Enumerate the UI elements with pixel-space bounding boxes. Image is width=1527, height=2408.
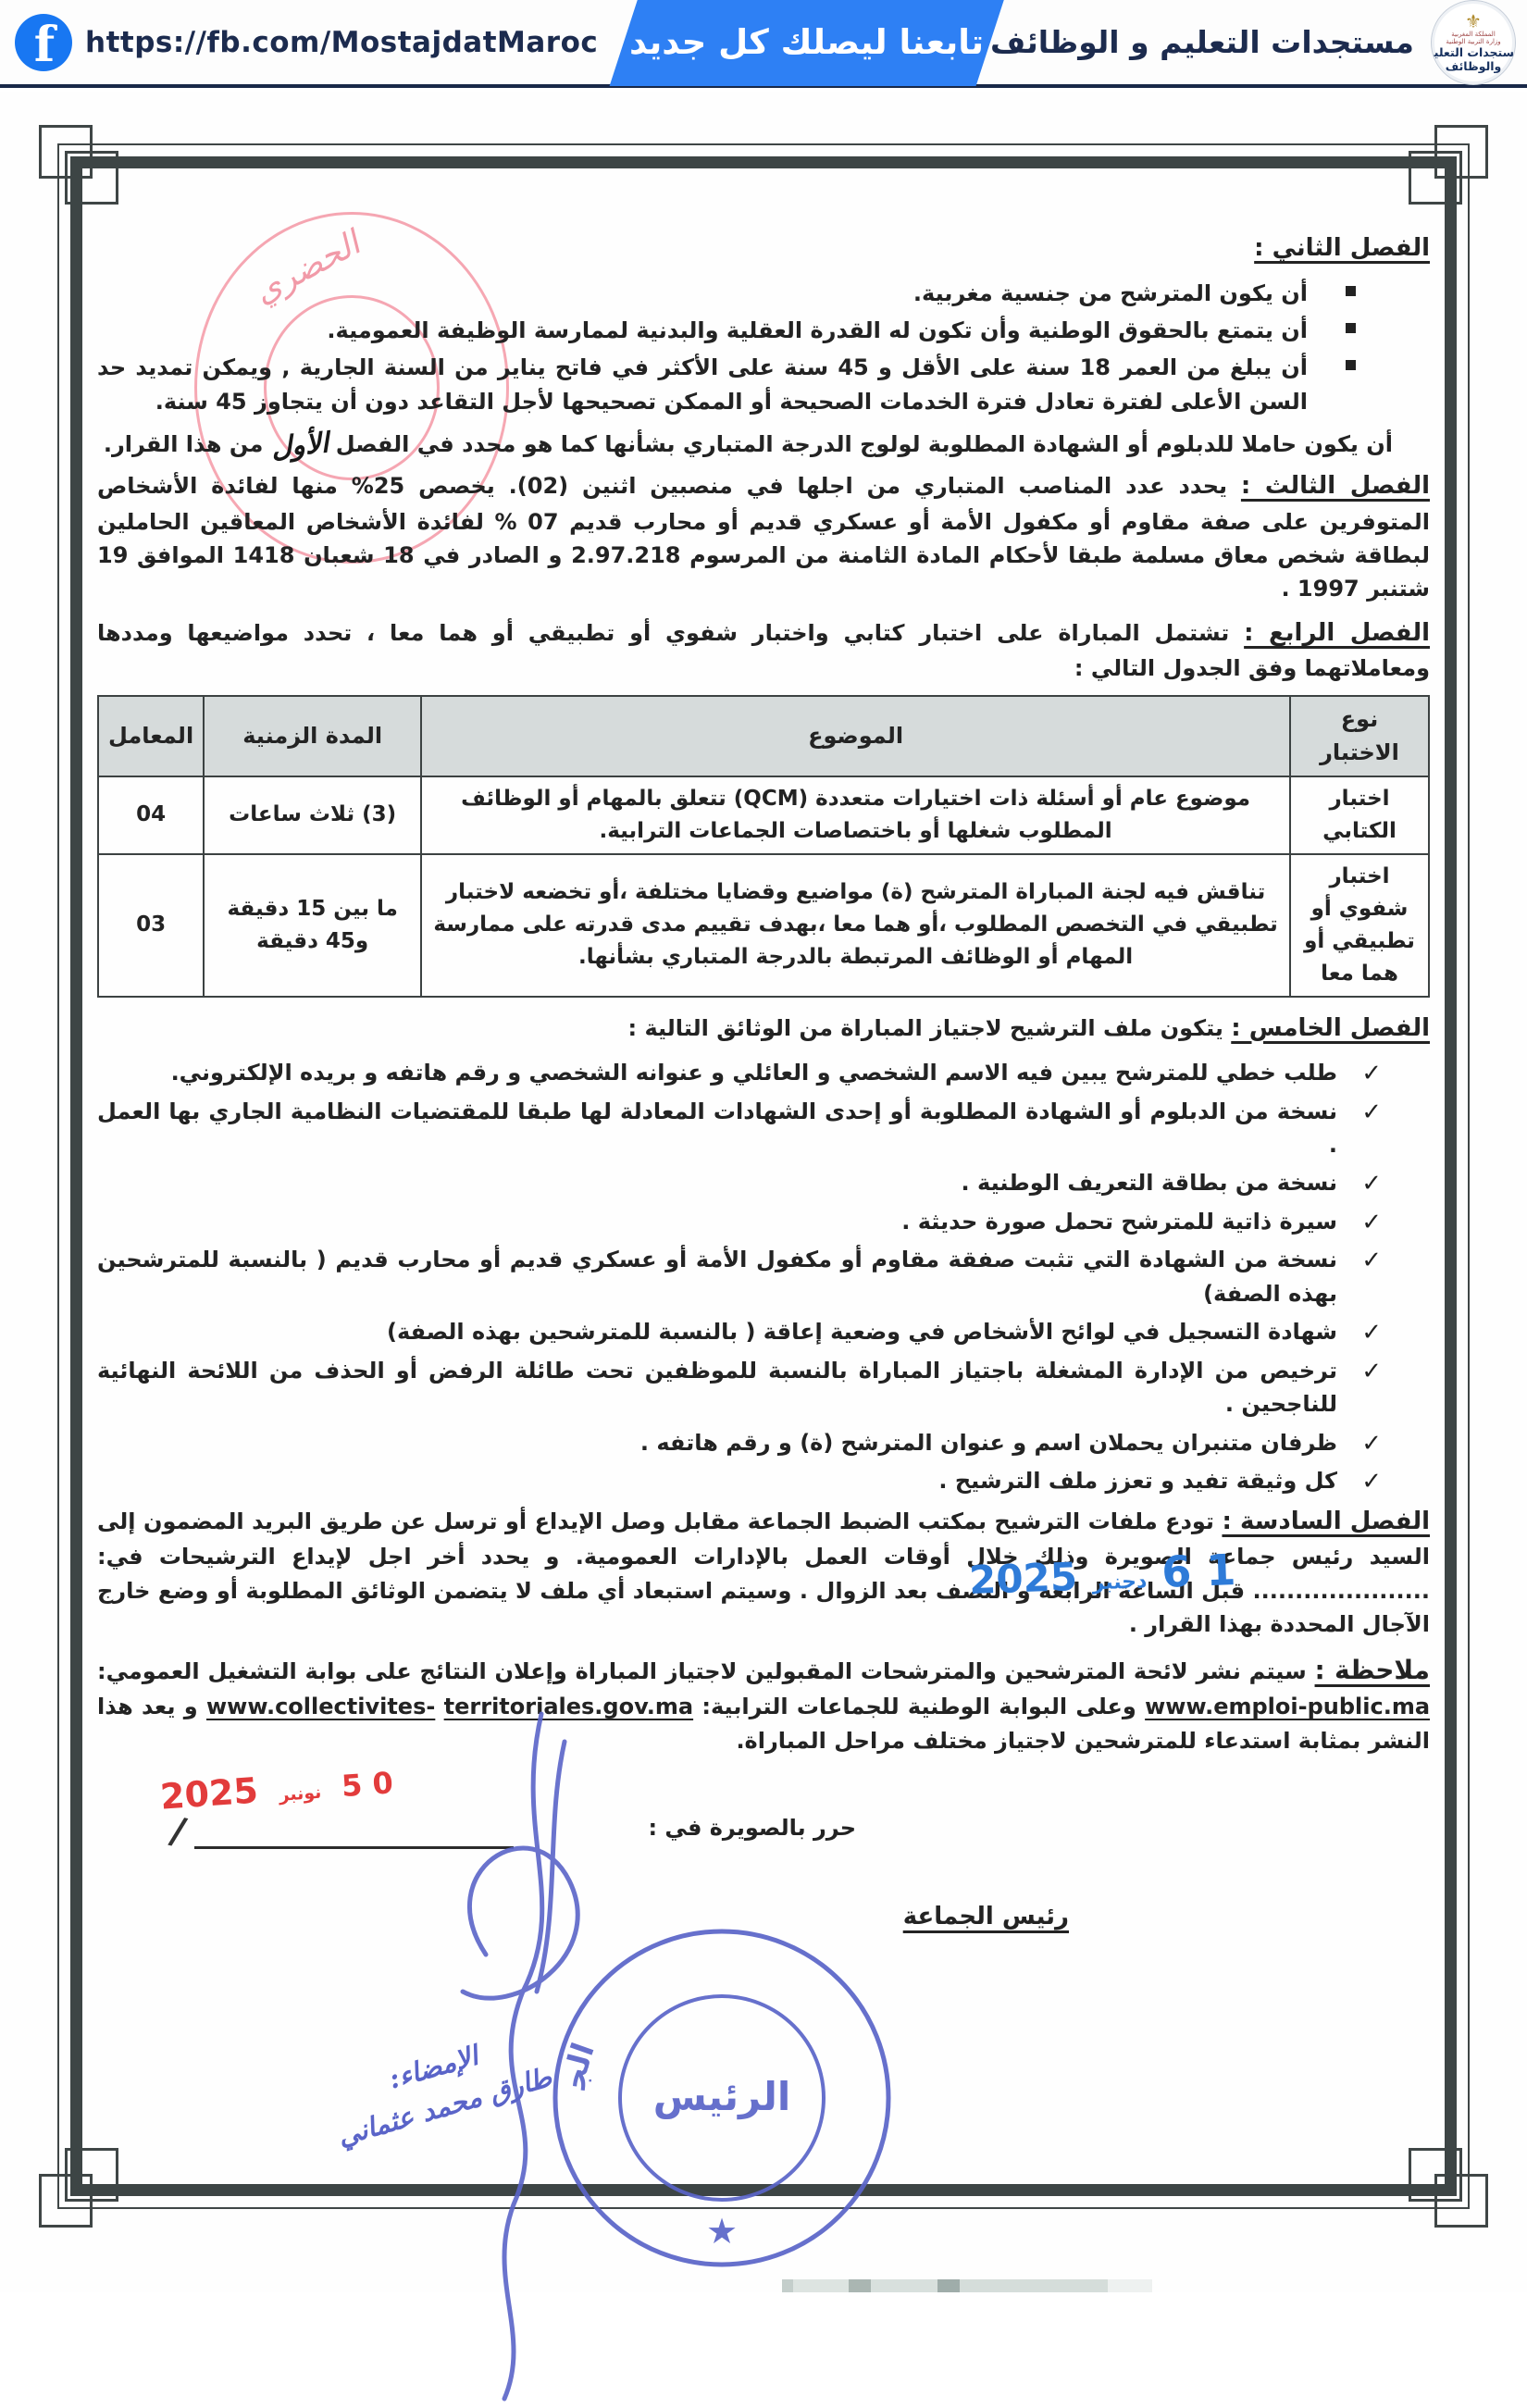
crest-icon: ⚜ xyxy=(1465,12,1482,31)
checklist-item: ✓طلب خطي للمترشح يبين فيه الاسم الشخصي و… xyxy=(97,1056,1402,1089)
checklist-item-text: نسخة من الدبلوم أو الشهادة المطلوبة أو إ… xyxy=(97,1098,1337,1158)
president-title: رئيس الجماعة xyxy=(903,1903,1069,1930)
note-paragraph: ملاحظة : سيتم نشر لائحة المترشحين والمتر… xyxy=(97,1651,1430,1757)
cell-exam-type: اختبار الكتابي xyxy=(1290,776,1429,854)
deadline-day: 1 6 xyxy=(1161,1545,1236,1597)
checklist-item-text: طلب خطي للمترشح يبين فيه الاسم الشخصي و … xyxy=(171,1060,1337,1086)
scanned-document: الحضري الفصل الثاني : أن يكون المترشح من… xyxy=(0,92,1527,2292)
col-header-coefficient: المعامل xyxy=(98,696,204,776)
handwritten-word: الأول xyxy=(269,423,329,470)
section6-heading: الفصل السادسة : xyxy=(1222,1508,1430,1535)
section3-body: يحدد عدد المناصب المتباري من اجلها في من… xyxy=(97,473,1430,602)
badge-title-line2: والوظائف xyxy=(1446,59,1502,73)
note-text-2: وعلى البوابة الوطنية للجماعات الترابية: xyxy=(701,1694,1136,1719)
check-icon: ✓ xyxy=(1361,1354,1382,1391)
cell-coefficient: 04 xyxy=(98,776,204,854)
section4-paragraph: الفصل الرابع : تشتمل المباراة على اختبار… xyxy=(97,615,1430,686)
star-icon: ★ xyxy=(706,2211,738,2252)
list-item-text: أن يتمتع بالحقوق الوطنية وأن تكون له الق… xyxy=(327,317,1308,343)
square-bullet-icon xyxy=(1346,323,1356,333)
checklist-item-text: نسخة من بطاقة التعريف الوطنية . xyxy=(962,1170,1337,1196)
checklist-item-text: كل وثيقة تفيد و تعزز ملف الترشيح . xyxy=(938,1468,1337,1494)
issued-row: 0 5 نونبر 2025 حرر بالصويرة في : / xyxy=(97,1767,1430,1882)
deadline-year: 2025 xyxy=(968,1554,1078,1603)
list-item: أن يكون المترشح من جنسية مغربية. xyxy=(97,277,1393,310)
note-text-1: سيتم نشر لائحة المترشحين والمترشحات المق… xyxy=(97,1658,1307,1684)
cell-duration: (3) ثلاث ساعات xyxy=(204,776,421,854)
checklist-item-text: شهادة التسجيل في لوائح الأشخاص في وضعية … xyxy=(387,1319,1337,1345)
checklist-item: ✓نسخة من الشهادة التي تثبت صفقة مقاوم أو… xyxy=(97,1243,1402,1310)
check-icon: ✓ xyxy=(1361,1166,1382,1203)
checklist-item: ✓ظرفان متنبران يحملان اسم و عنوان المترش… xyxy=(97,1426,1402,1459)
section4-heading: الفصل الرابع : xyxy=(1244,619,1430,647)
section2-heading: الفصل الثاني : xyxy=(1254,234,1430,262)
dotted-blank: ..................... xyxy=(1253,1578,1430,1604)
cell-subject: موضوع عام أو أسئلة ذات اختيارات متعددة (… xyxy=(421,776,1290,854)
col-header-duration: المدة الزمنية xyxy=(204,696,421,776)
checklist-item-text: سيرة ذاتية للمترشح تحمل صورة حديثة . xyxy=(901,1209,1337,1235)
list-item-text: من هذا القرار. xyxy=(104,431,264,457)
section4-body: تشتمل المباراة على اختبار كتابي واختبار … xyxy=(97,620,1430,682)
check-icon: ✓ xyxy=(1361,1315,1382,1352)
check-icon: ✓ xyxy=(1361,1095,1382,1132)
follow-banner-text: تابعنا ليصلك كل جديد xyxy=(630,22,985,62)
badge-tiny-line2: وزارة التربية الوطنية xyxy=(1446,38,1500,45)
list-item-text: أن يكون المترشح من جنسية مغربية. xyxy=(913,280,1308,306)
signature-area: الجماعة الترابية لمدينة الصويرة الرئيس ★… xyxy=(97,1936,1430,2292)
list-item-text: أن يكون حاملا للدبلوم أو الشهادة المطلوب… xyxy=(336,431,1393,457)
checklist-item: ✓نسخة من بطاقة التعريف الوطنية . xyxy=(97,1166,1402,1199)
table-row: اختبار الكتابي موضوع عام أو أسئلة ذات اخ… xyxy=(98,776,1429,854)
documents-checklist: ✓طلب خطي للمترشح يبين فيه الاسم الشخصي و… xyxy=(97,1056,1402,1498)
section5-heading: الفصل الخامس : xyxy=(1231,1014,1430,1042)
deadline-date-stamp: 1 6 دجنبر 2025 xyxy=(967,1538,1236,1612)
deadline-month: دجنبر xyxy=(1092,1570,1148,1595)
cell-duration: ما بين 15 دقيقة و45 دقيقة xyxy=(204,854,421,997)
checklist-item: ✓سيرة ذاتية للمترشح تحمل صورة حديثة . xyxy=(97,1205,1402,1238)
section3-heading: الفصل الثالث : xyxy=(1241,472,1430,500)
site-title: مستجدات التعليم و الوظائف xyxy=(990,24,1414,60)
check-icon: ✓ xyxy=(1361,1426,1382,1463)
section2-heading-row: الفصل الثاني : xyxy=(97,230,1430,267)
page-bottom-artifact xyxy=(782,2279,1152,2292)
col-header-exam-type: نوع الاختبار xyxy=(1290,696,1429,776)
checklist-item: ✓شهادة التسجيل في لوائح الأشخاص في وضعية… xyxy=(97,1315,1402,1348)
table-row: اختبار شفوي أو تطبيقي أو هما معا تناقش ف… xyxy=(98,854,1429,997)
badge-title-line1: مستجدات التعليم xyxy=(1431,45,1516,59)
checklist-item: ✓كل وثيقة تفيد و تعزز ملف الترشيح . xyxy=(97,1464,1402,1497)
check-icon: ✓ xyxy=(1361,1243,1382,1280)
note-heading: ملاحظة : xyxy=(1315,1655,1430,1685)
document-body: الفصل الثاني : أن يكون المترشح من جنسية … xyxy=(97,230,1430,2292)
round-stamp-outer-text: الجماعة الترابية لمدينة الصويرة xyxy=(541,1918,602,2092)
checklist-item: ✓نسخة من الدبلوم أو الشهادة المطلوبة أو … xyxy=(97,1095,1402,1162)
cell-exam-type: اختبار شفوي أو تطبيقي أو هما معا xyxy=(1290,854,1429,997)
square-bullet-icon xyxy=(1346,286,1356,296)
facebook-icon[interactable]: f xyxy=(15,14,72,71)
exam-table: نوع الاختبار الموضوع المدة الزمنية المعا… xyxy=(97,695,1430,998)
cell-subject: تناقش فيه لجنة المباراة المترشح (ة) مواض… xyxy=(421,854,1290,997)
checklist-item-text: نسخة من الشهادة التي تثبت صفقة مقاوم أو … xyxy=(97,1247,1337,1306)
follow-banner: تابعنا ليصلك كل جديد xyxy=(610,0,1005,86)
brand-logo: ⚜ المملكة المغربية وزارة التربية الوطنية… xyxy=(1431,0,1516,85)
red-date-year: 2025 xyxy=(159,1770,260,1818)
section2-list: أن يكون المترشح من جنسية مغربية. أن يتمت… xyxy=(97,277,1393,465)
facebook-glyph: f xyxy=(34,16,55,72)
section6-paragraph: الفصل السادسة : تودع ملفات الترشيح بمكتب… xyxy=(97,1504,1430,1642)
list-item: أن يكون حاملا للدبلوم أو الشهادة المطلوب… xyxy=(97,422,1393,465)
table-header-row: نوع الاختبار الموضوع المدة الزمنية المعا… xyxy=(98,696,1429,776)
badge-tiny-line1: المملكة المغربية xyxy=(1451,31,1496,38)
red-date-month: نونبر xyxy=(279,1782,322,1806)
col-header-subject: الموضوع xyxy=(421,696,1290,776)
header-bar: f https://fb.com/MostajdatMaroc تابعنا ل… xyxy=(0,0,1527,88)
red-date-stamp: 0 5 نونبر 2025 xyxy=(158,1755,394,1824)
check-icon: ✓ xyxy=(1361,1464,1382,1501)
checklist-item-text: ترخيص من الإدارة المشغلة باجتياز المبارا… xyxy=(97,1358,1337,1417)
section5-intro-text: يتكون ملف الترشيح لاجتياز المباراة من ال… xyxy=(627,1015,1223,1041)
square-bullet-icon xyxy=(1346,360,1356,370)
section3-paragraph: الفصل الثالث : يحدد عدد المناصب المتباري… xyxy=(97,468,1430,606)
check-icon: ✓ xyxy=(1361,1205,1382,1242)
section5-intro: الفصل الخامس : يتكون ملف الترشيح لاجتياز… xyxy=(97,1011,1430,1048)
round-stamp-center-text: الرئيس xyxy=(653,2074,791,2120)
checklist-item: ✓ترخيص من الإدارة المشغلة باجتياز المبار… xyxy=(97,1354,1402,1421)
list-item: أن يبلغ من العمر 18 سنة على الأقل و 45 س… xyxy=(97,351,1393,418)
facebook-url[interactable]: https://fb.com/MostajdatMaroc xyxy=(85,26,598,59)
check-icon: ✓ xyxy=(1361,1056,1382,1093)
emploi-public-link[interactable]: www.emploi-public.ma xyxy=(1145,1694,1430,1719)
list-item-text: أن يبلغ من العمر 18 سنة على الأقل و 45 س… xyxy=(97,354,1308,414)
round-official-stamp: الجماعة الترابية لمدينة الصويرة الرئيس ★ xyxy=(541,1918,902,2278)
svg-text:الجماعة الترابية لمدينة الصوير: الجماعة الترابية لمدينة الصويرة xyxy=(541,1918,602,2092)
checklist-item-text: ظرفان متنبران يحملان اسم و عنوان المترشح… xyxy=(640,1430,1337,1456)
cell-coefficient: 03 xyxy=(98,854,204,997)
list-item: أن يتمتع بالحقوق الوطنية وأن تكون له الق… xyxy=(97,314,1393,347)
